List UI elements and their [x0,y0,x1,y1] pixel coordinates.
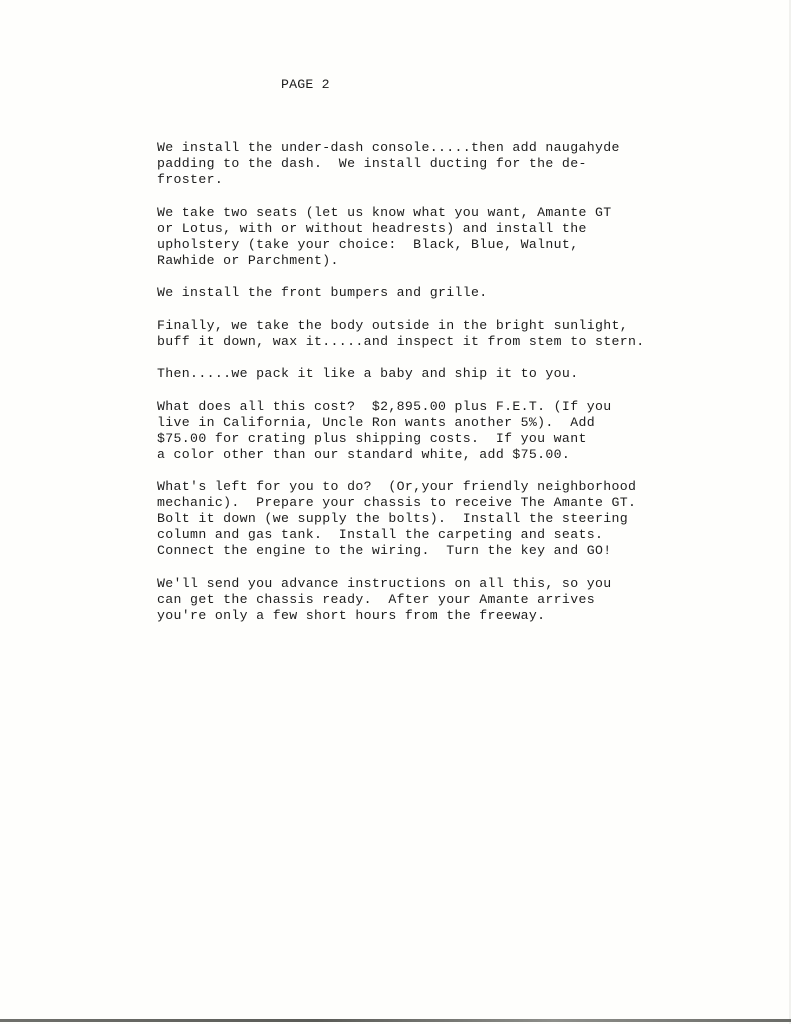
text-line: froster. [157,172,757,188]
text-line: mechanic). Prepare your chassis to recei… [157,495,757,511]
text-line: upholstery (take your choice: Black, Blu… [157,237,757,253]
paragraph-shipping: Then.....we pack it like a baby and ship… [157,366,757,382]
text-line: a color other than our standard white, a… [157,447,757,463]
page-number-header: PAGE 2 [281,77,330,92]
text-line: buff it down, wax it.....and inspect it … [157,334,757,350]
text-line: padding to the dash. We install ducting … [157,156,757,172]
paragraph-instructions: We'll send you advance instructions on a… [157,576,757,624]
text-line: column and gas tank. Install the carpeti… [157,527,757,543]
text-line: Then.....we pack it like a baby and ship… [157,366,757,382]
text-line: Bolt it down (we supply the bolts). Inst… [157,511,757,527]
text-line: can get the chassis ready. After your Am… [157,592,757,608]
text-line: Connect the engine to the wiring. Turn t… [157,543,757,559]
text-line: Rawhide or Parchment). [157,253,757,269]
text-line: live in California, Uncle Ron wants anot… [157,415,757,431]
text-line: We install the under-dash console.....th… [157,140,757,156]
document-page: PAGE 2 We install the under-dash console… [0,0,791,1024]
paragraph-cost: What does all this cost? $2,895.00 plus … [157,399,757,463]
paper-bottom-edge [0,1019,791,1022]
text-line: you're only a few short hours from the f… [157,608,757,624]
text-line: We take two seats (let us know what you … [157,205,757,221]
paragraph-whats-left: What's left for you to do? (Or,your frie… [157,479,757,559]
text-line: Finally, we take the body outside in the… [157,318,757,334]
text-line: $75.00 for crating plus shipping costs. … [157,431,757,447]
text-line: We'll send you advance instructions on a… [157,576,757,592]
document-body: We install the under-dash console.....th… [157,140,757,640]
paragraph-finishing: Finally, we take the body outside in the… [157,318,757,350]
paragraph-bumpers: We install the front bumpers and grille. [157,285,757,301]
text-line: or Lotus, with or without headrests) and… [157,221,757,237]
paragraph-seats-upholstery: We take two seats (let us know what you … [157,205,757,269]
text-line: What does all this cost? $2,895.00 plus … [157,399,757,415]
text-line: What's left for you to do? (Or,your frie… [157,479,757,495]
paragraph-dash-console: We install the under-dash console.....th… [157,140,757,188]
text-line: We install the front bumpers and grille. [157,285,757,301]
